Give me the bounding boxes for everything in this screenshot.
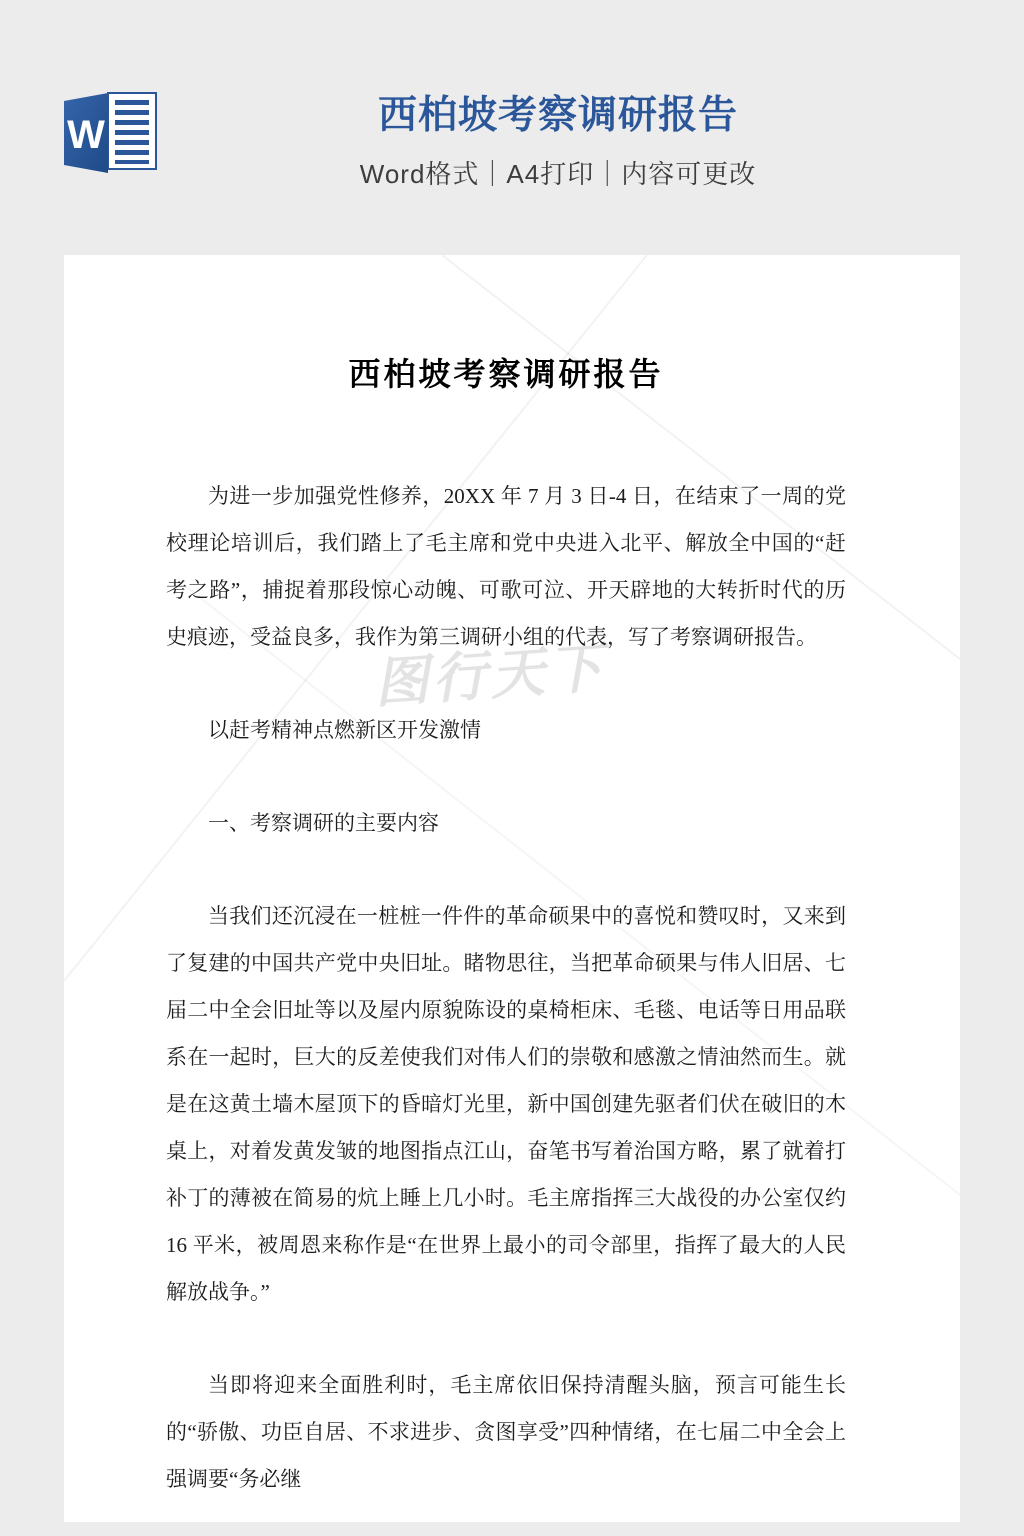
header: W 西柏坡考察调研报告 Word格式｜A4打印｜内容可更改 — [0, 0, 1024, 255]
document-title: 西柏坡考察调研报告 — [166, 351, 846, 397]
doc-paragraph: 为进一步加强党性修养，20XX 年 7 月 3 日-4 日，在结束了一周的党校理… — [166, 473, 846, 661]
template-preview-page: { "colors": { "accent_blue": "#2b579a", … — [0, 0, 1024, 1536]
template-subtitle: Word格式｜A4打印｜内容可更改 — [46, 154, 1024, 191]
document-content: 西柏坡考察调研报告 为进一步加强党性修养，20XX 年 7 月 3 日-4 日，… — [64, 255, 960, 1503]
doc-subheading: 以赶考精神点燃新区开发激情 — [166, 707, 846, 754]
doc-paragraph: 当即将迎来全面胜利时，毛主席依旧保持清醒头脑，预言可能生长的“骄傲、功臣自居、不… — [166, 1362, 846, 1503]
document-page: 图行天下 西柏坡考察调研报告 为进一步加强党性修养，20XX 年 7 月 3 日… — [64, 255, 960, 1522]
doc-paragraph: 当我们还沉浸在一桩桩一件件的革命硕果中的喜悦和赞叹时，又来到了复建的中国共产党中… — [166, 893, 846, 1316]
doc-section-heading: 一、考察调研的主要内容 — [166, 800, 846, 847]
template-title: 西柏坡考察调研报告 — [46, 92, 1024, 140]
header-text-block: 西柏坡考察调研报告 Word格式｜A4打印｜内容可更改 — [46, 92, 1024, 191]
